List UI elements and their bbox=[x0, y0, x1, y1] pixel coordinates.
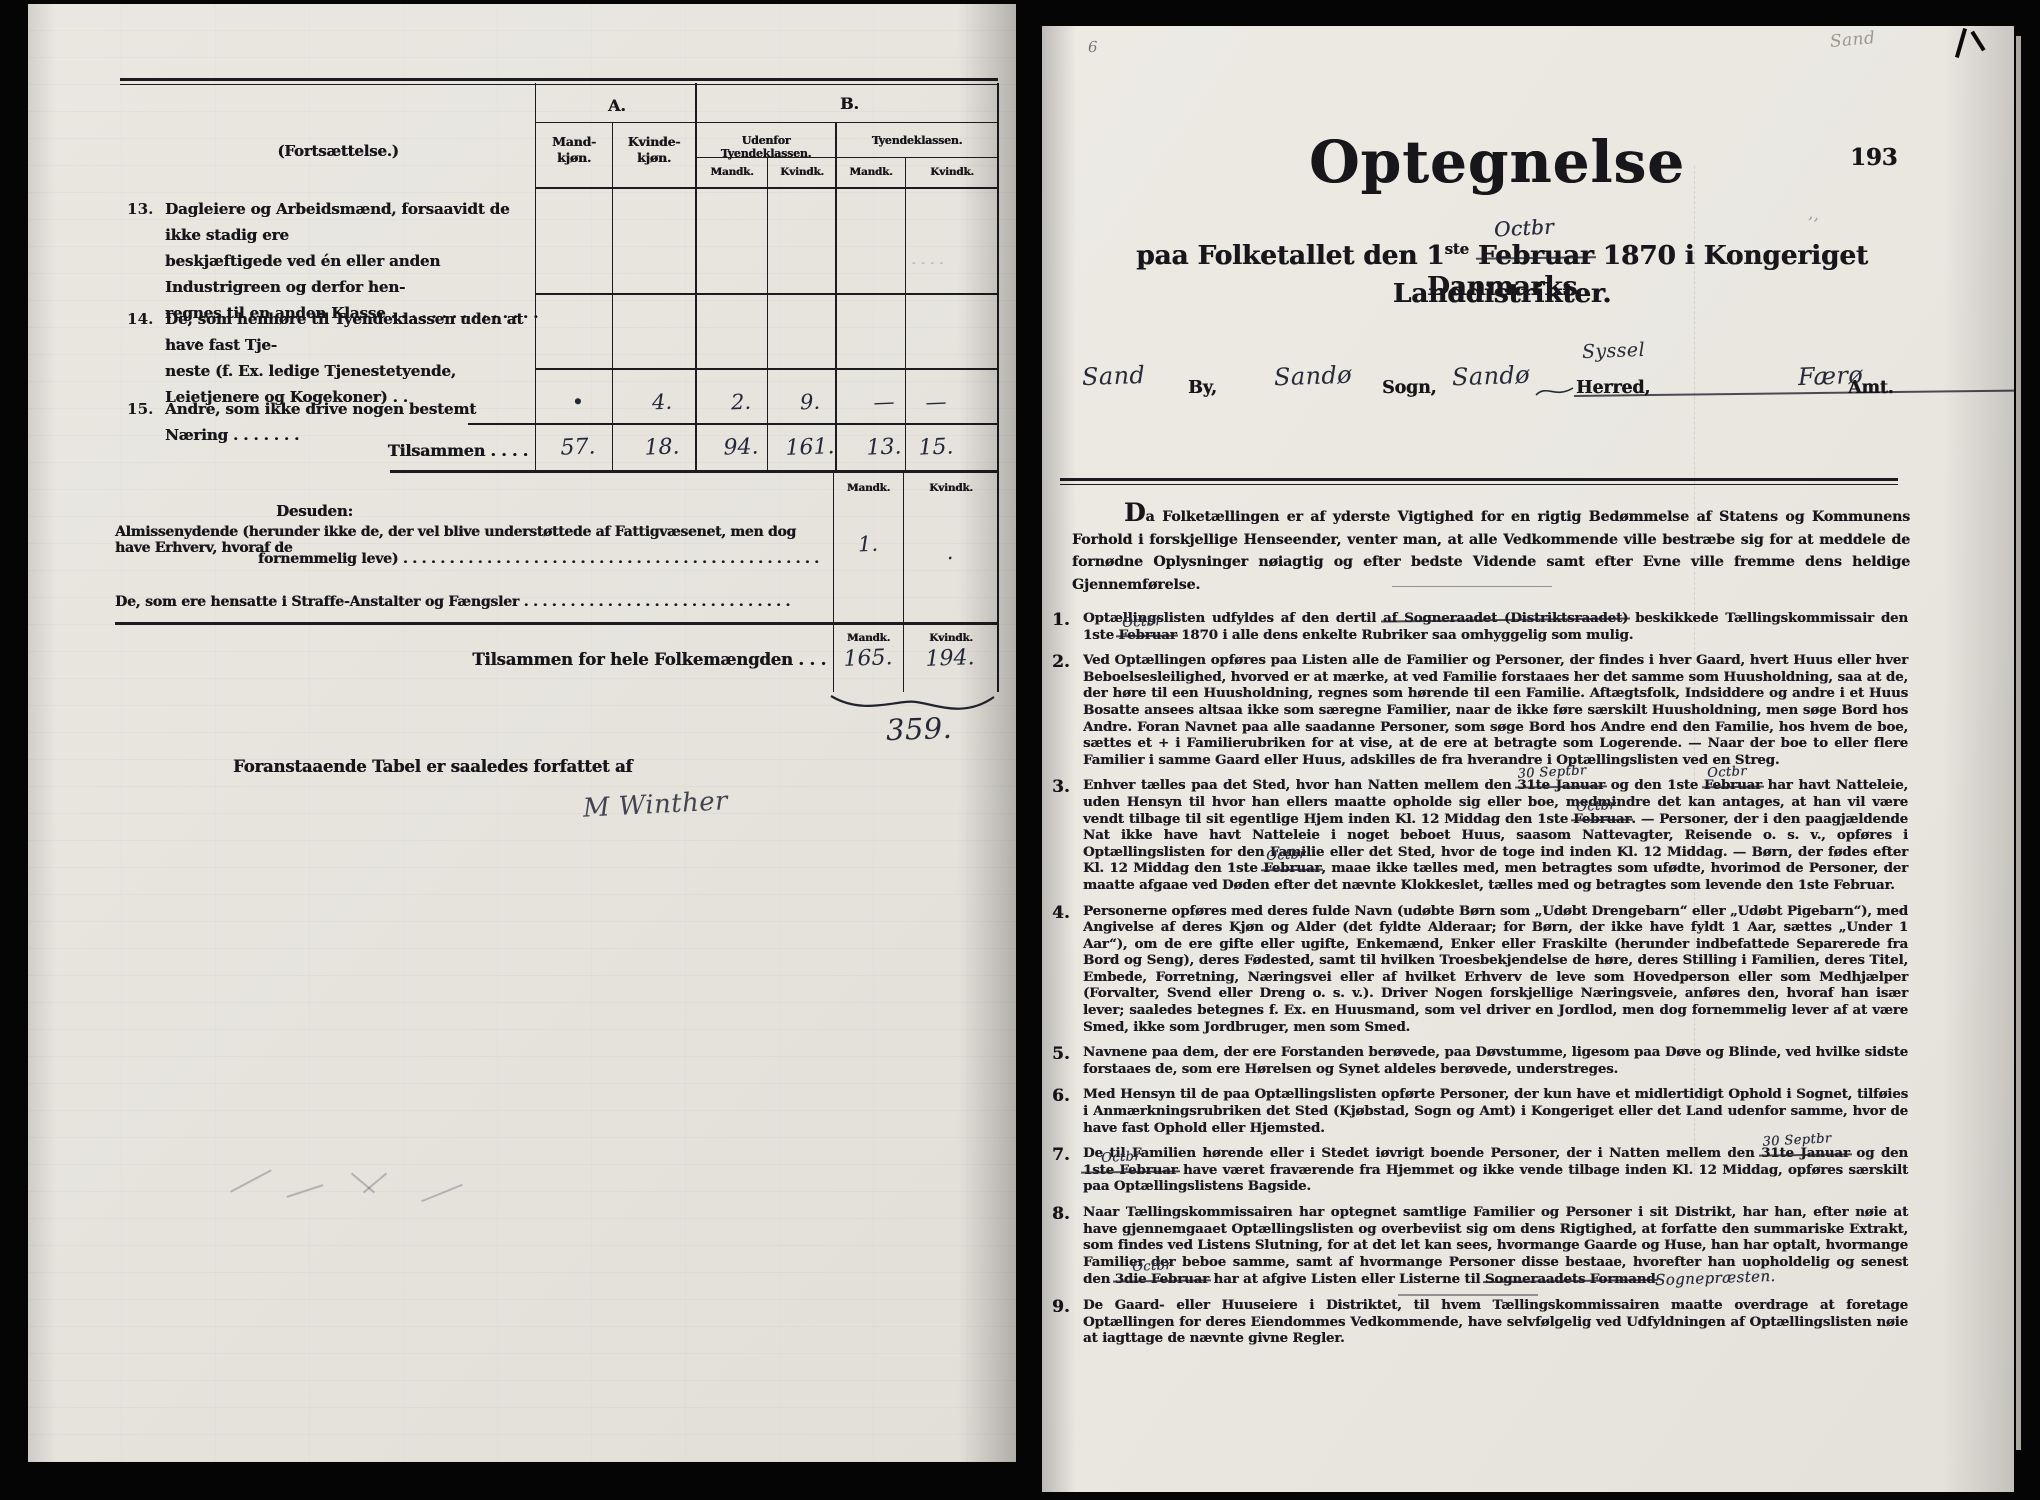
table-cell-value: • bbox=[571, 390, 584, 414]
summary-table-line bbox=[833, 470, 834, 692]
instruction-number: 5. bbox=[1052, 1044, 1076, 1077]
instruction-item: 7.De til Familien hørende eller i Stedet… bbox=[1052, 1145, 1908, 1195]
instruction-text: Naar Tællingskommissairen har optegnet s… bbox=[1083, 1204, 1908, 1288]
tilsammen-value: 161. bbox=[785, 434, 835, 461]
almissenydende-value-female: . bbox=[946, 540, 954, 564]
total-population-label: Tilsammen for hele Folkemængden . . . bbox=[428, 650, 826, 669]
struck-text: 3die FebruarOctbr bbox=[1115, 1271, 1209, 1287]
table-top-rule-2 bbox=[120, 84, 998, 85]
column-subheader-kvindk: Kvindk. bbox=[907, 166, 997, 178]
instruction-number: 2. bbox=[1052, 652, 1076, 768]
column-subheader-mandk: Mandk. bbox=[697, 166, 767, 178]
handwritten-place-name: Sandø bbox=[1274, 361, 1353, 392]
column-group-udenfor-tyendeklassen: Udenfor Tyendeklassen. bbox=[697, 134, 835, 160]
scanned-census-document: (Fortsættelse.) A. B. Mand- kjøn. Kvinde… bbox=[0, 0, 2040, 1500]
handwritten-correction: Octbr bbox=[1707, 764, 1748, 783]
instruction-number: 3. bbox=[1052, 777, 1076, 893]
struck-text: Sogneraadets Formand bbox=[1485, 1271, 1656, 1287]
pencil-mark bbox=[363, 1173, 387, 1194]
handwritten-correction: Octbr bbox=[1266, 847, 1307, 866]
table-line bbox=[612, 122, 613, 470]
intro-initial: D bbox=[1124, 498, 1146, 527]
column-group-tyendeklassen: Tyendeklassen. bbox=[837, 134, 997, 147]
total-header-kvindk: Kvindk. bbox=[905, 632, 997, 644]
row-number: 15. bbox=[127, 396, 153, 422]
instruction-text: De Gaard- eller Huuseiere i Distriktet, … bbox=[1083, 1297, 1908, 1347]
struck-word-februar: OctbrFebruar bbox=[1478, 240, 1594, 271]
handwritten-corner-number: 6 bbox=[1088, 38, 1099, 56]
handwritten-correction: 30 Septbr bbox=[1517, 764, 1587, 784]
header-rule-2 bbox=[1060, 484, 1898, 485]
instruction-item: 8.Naar Tællingskommissairen har optegnet… bbox=[1052, 1204, 1908, 1288]
right-page: 6 Sand Optegnelse 193 ’’ paa Folketallet… bbox=[1042, 26, 2014, 1492]
struck-text: 1ste FebruarOctbr bbox=[1083, 1162, 1178, 1178]
instruction-text: Optællingslisten udfyldes af den dertil … bbox=[1083, 610, 1908, 643]
instruction-number: 4. bbox=[1052, 903, 1076, 1036]
tilsammen-value: 13. bbox=[866, 434, 902, 460]
table-top-rule bbox=[120, 78, 998, 81]
pencil-mark bbox=[421, 1184, 463, 1202]
handwritten-place-name: Syssel bbox=[1582, 339, 1646, 363]
row13-faint-mark: - - - - bbox=[912, 256, 944, 269]
table-author-line: Foranstaaende Tabel er saaledes forfatte… bbox=[233, 757, 632, 776]
instruction-text: Personerne opføres med deres fulde Navn … bbox=[1083, 903, 1908, 1036]
total-value-male: 165. bbox=[843, 645, 893, 672]
struck-text: FebruarOctbr bbox=[1704, 777, 1762, 793]
struck-text: 31te Januar30 Septbr bbox=[1517, 777, 1605, 793]
column-group-a: A. bbox=[608, 96, 626, 115]
column-subheader-kvindk: Kvindk. bbox=[769, 166, 835, 178]
handwritten-squiggle bbox=[1534, 382, 1576, 400]
struck-text: FebruarOctbr bbox=[1118, 627, 1176, 643]
column-header-mandkjon: Mand- kjøn. bbox=[535, 134, 613, 166]
instruction-number: 8. bbox=[1052, 1204, 1076, 1288]
struck-form-label: Herred, bbox=[1576, 378, 2014, 398]
total-header-mandk: Mandk. bbox=[834, 632, 903, 644]
table-continuation-label: (Fortsættelse.) bbox=[188, 142, 488, 160]
instruction-item: 9.De Gaard- eller Huuseiere i Distriktet… bbox=[1052, 1297, 1908, 1347]
row-number: 14. bbox=[127, 306, 153, 332]
pencil-mark bbox=[287, 1184, 324, 1198]
handwritten-grand-total: 359. bbox=[885, 711, 952, 747]
handwritten-octbr: Octbr bbox=[1494, 214, 1555, 241]
table-cell-value: — bbox=[873, 390, 895, 415]
table-cell-value: 4. bbox=[652, 390, 673, 415]
table-line bbox=[535, 293, 997, 295]
subtitle-ordinal: ste bbox=[1445, 240, 1469, 258]
next-page-edge bbox=[2016, 36, 2021, 1450]
instruction-text: Enhver tælles paa det Sted, hvor han Nat… bbox=[1083, 777, 1908, 893]
table-cell-value: 9. bbox=[800, 390, 821, 415]
subtitle-line2: Landdistrikter. bbox=[1062, 278, 1942, 309]
instruction-text: Navnene paa dem, der ere Forstanden berø… bbox=[1083, 1044, 1908, 1077]
page-number: 193 bbox=[1850, 144, 1897, 171]
almissenydende-value-male: 1. bbox=[858, 532, 879, 557]
struck-text: 31te Januar30 Septbr bbox=[1761, 1145, 1850, 1161]
desuden-heading: Desuden: bbox=[276, 502, 353, 520]
row-text: De, som henhøre til Tyendeklassen uden a… bbox=[165, 306, 539, 410]
almissenydende-line2: fornemmelig leve) . . . . . . . . . . . … bbox=[258, 551, 836, 567]
instruction-item: 3.Enhver tælles paa det Sted, hvor han N… bbox=[1052, 777, 1908, 893]
instruction-text: De til Familien hørende eller i Stedet i… bbox=[1083, 1145, 1908, 1195]
handwritten-correction: Octbr bbox=[1101, 1149, 1142, 1168]
table-cell-value: — bbox=[925, 390, 947, 415]
summary-header-kvindk: Kvindk. bbox=[905, 482, 997, 494]
tilsammen-value: 15. bbox=[918, 434, 954, 460]
struck-text: af Sogneraadet (Distriktsraadet) bbox=[1383, 610, 1628, 626]
handwritten-corner-note: Sand bbox=[1829, 28, 1876, 52]
struck-text: FebruarOctbr bbox=[1263, 860, 1321, 876]
instruction-item: 2.Ved Optællingen opføres paa Listen all… bbox=[1052, 652, 1908, 768]
instruction-number: 6. bbox=[1052, 1086, 1076, 1136]
form-label: Sogn, bbox=[1382, 378, 1436, 398]
left-page: (Fortsættelse.) A. B. Mand- kjøn. Kvinde… bbox=[28, 4, 1016, 1462]
table-line bbox=[468, 423, 997, 425]
tilsammen-value: 18. bbox=[644, 434, 680, 460]
summary-header-mandk: Mandk. bbox=[834, 482, 903, 494]
straffeanstalter-line: De, som ere hensatte i Straffe-Anstalter… bbox=[115, 594, 837, 610]
table-line bbox=[390, 470, 997, 473]
instruction-item: 5.Navnene paa dem, der ere Forstanden be… bbox=[1052, 1044, 1908, 1077]
summary-table-line bbox=[115, 622, 997, 625]
struck-text: FebruarOctbr bbox=[1573, 811, 1631, 827]
intro-text: a Folketællingen er af yderste Vigtighed… bbox=[1072, 509, 1910, 593]
table-line bbox=[997, 83, 999, 470]
handwritten-inline-text: Sognepræsten. bbox=[1655, 1268, 1776, 1289]
table-cell-value: 2. bbox=[731, 390, 752, 415]
form-label: By, bbox=[1188, 378, 1217, 398]
tilsammen-label: Tilsammen . . . . bbox=[328, 441, 528, 460]
table-line bbox=[535, 122, 997, 123]
handwritten-correction: Octbr bbox=[1132, 1258, 1173, 1277]
instruction-number: 7. bbox=[1052, 1145, 1076, 1195]
table-line bbox=[535, 368, 997, 370]
handwritten-correction: 30 Septbr bbox=[1762, 1131, 1832, 1151]
column-subheader-mandk: Mandk. bbox=[837, 166, 905, 178]
instructions-list: 1.Optællingslisten udfyldes af den derti… bbox=[1052, 610, 1908, 1356]
handwritten-place-name: Sandø bbox=[1452, 361, 1531, 392]
instruction-item: 4.Personerne opføres med deres fulde Nav… bbox=[1052, 903, 1908, 1036]
column-header-kvindekjon: Kvinde- kjøn. bbox=[614, 134, 694, 166]
summary-table-line bbox=[903, 470, 904, 692]
tilsammen-value: 94. bbox=[723, 434, 759, 460]
summary-table-line bbox=[997, 470, 999, 692]
section-divider-rule bbox=[1392, 586, 1552, 587]
handwritten-correction: Octbr bbox=[1121, 614, 1162, 633]
bottom-rule bbox=[1398, 1294, 1538, 1296]
handwritten-place-name: Sand bbox=[1082, 361, 1146, 391]
pencil-mark bbox=[230, 1169, 272, 1192]
instruction-text: Ved Optællingen opføres paa Listen alle … bbox=[1083, 652, 1908, 768]
intro-paragraph: Da Folketællingen er af yderste Vigtighe… bbox=[1072, 502, 1910, 596]
stray-pen-marks: ’’ bbox=[1804, 213, 1820, 236]
row-number: 13. bbox=[127, 196, 153, 222]
table-row-label: 14.De, som henhøre til Tyendeklassen ude… bbox=[127, 306, 539, 410]
instruction-text: Med Hensyn til de paa Optællingslisten o… bbox=[1083, 1086, 1908, 1136]
total-value-female: 194. bbox=[925, 645, 975, 672]
header-rule bbox=[1060, 478, 1898, 481]
instruction-item: 1.Optællingslisten udfyldes af den derti… bbox=[1052, 610, 1908, 643]
document-title: Optegnelse bbox=[1082, 128, 1912, 196]
subtitle-seg1: paa Folketallet den 1 bbox=[1136, 240, 1444, 271]
form-label: Amt. bbox=[1848, 378, 1893, 398]
column-group-b: B. bbox=[840, 94, 859, 113]
instruction-item: 6.Med Hensyn til de paa Optællingslisten… bbox=[1052, 1086, 1908, 1136]
tilsammen-value: 57. bbox=[560, 434, 596, 460]
handwritten-correction: Octbr bbox=[1576, 798, 1617, 817]
signature: M Winther bbox=[582, 786, 728, 824]
table-line bbox=[535, 187, 997, 189]
instruction-number: 9. bbox=[1052, 1297, 1076, 1347]
instruction-number: 1. bbox=[1052, 610, 1076, 643]
